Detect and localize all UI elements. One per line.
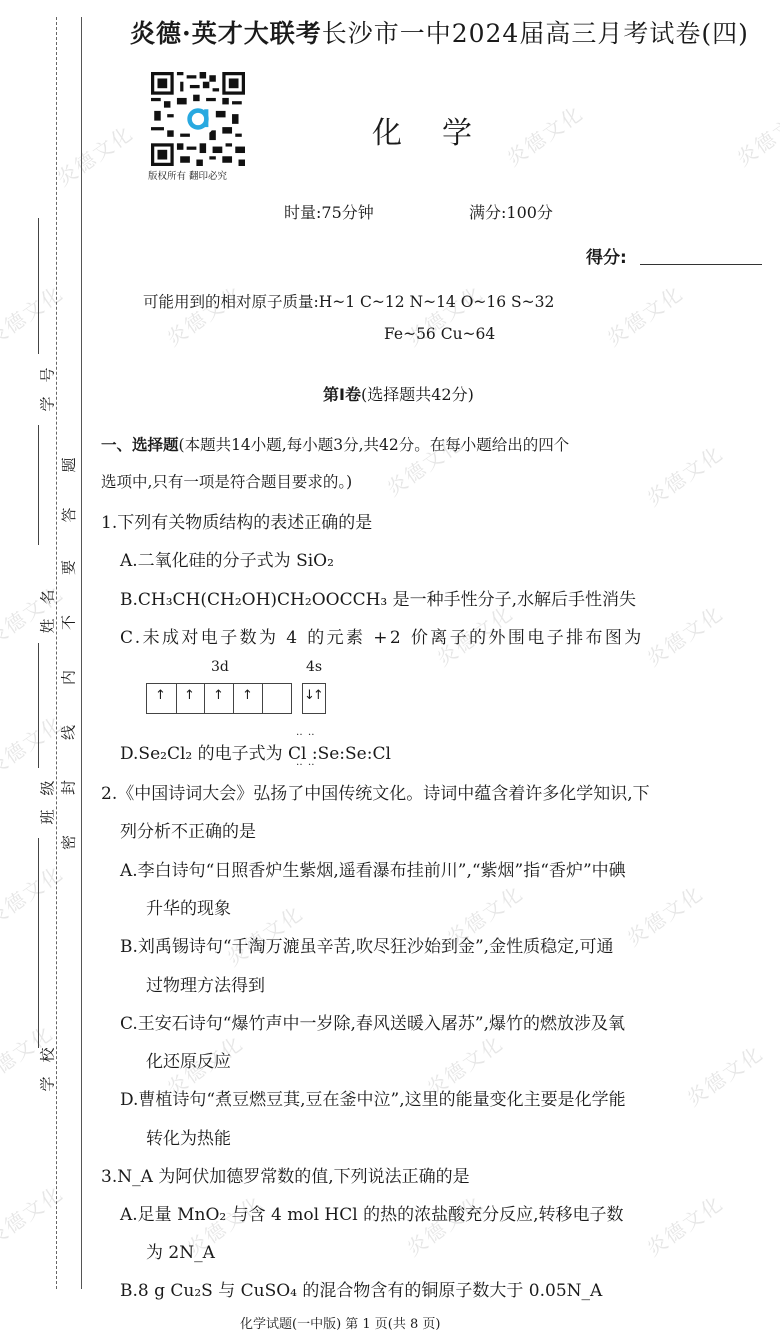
q3-option-b: B.8 g Cu₂S 与 CuSO₄ 的混合物含有的铜原子数大于 0.05N_A xyxy=(120,1276,602,1301)
lone-pair-dots-top: ‥ ‥ xyxy=(296,727,316,738)
student-id-label: 学号 xyxy=(37,353,58,411)
q1-option-b: B.CH₃CH(CH₂OH)CH₂OOCCH₃ 是一种手性分子,水解后手性消失 xyxy=(120,585,636,610)
school-label: 学校 xyxy=(37,1033,58,1091)
watermark: 炎德文化 xyxy=(640,597,729,671)
part-title-rest: (选择题共42分) xyxy=(361,385,474,404)
spin-up-arrow-icon: ↑ xyxy=(242,688,253,703)
watermark: 炎德文化 xyxy=(730,97,780,171)
q2-option-d-line-2: 转化为热能 xyxy=(146,1124,231,1149)
q2-stem-line-1: 2.《中国诗词大会》弘扬了中国传统文化。诗词中蕴含着许多化学知识,下 xyxy=(101,779,650,804)
q2-option-a-line-2: 升华的现象 xyxy=(146,894,231,919)
qr-code-icon xyxy=(151,72,245,166)
watermark: 炎德文化 xyxy=(500,97,589,171)
seal-dotted-line xyxy=(56,17,57,1289)
atomic-mass-line-2: Fe~56 Cu~64 xyxy=(384,325,495,343)
watermark: 炎德文化 xyxy=(0,277,68,351)
part-title-bold: 第Ⅰ卷 xyxy=(323,385,361,404)
full-score: 满分:100分 xyxy=(469,200,553,223)
instructions-line-2: 选项中,只有一项是符合题目要求的。) xyxy=(101,470,352,492)
q2-option-c-line-2: 化还原反应 xyxy=(146,1047,231,1072)
spin-up-arrow-icon: ↑ xyxy=(155,688,166,703)
binding-solid-line xyxy=(81,17,82,1289)
q2-option-a-line-1: A.李白诗句“日照香炉生紫烟,遥看瀑布挂前川”,“紫烟”指“香炉”中碘 xyxy=(120,856,626,881)
watermark: 炎德文化 xyxy=(160,277,249,351)
watermark: 炎德文化 xyxy=(620,877,709,951)
name-line-lower xyxy=(38,643,39,768)
exam-name: 长沙市一中2024届高三月考试卷(四) xyxy=(322,19,749,48)
q2-option-b-line-1: B.刘禹锡诗句“千淘万漉虽辛苦,吹尽狂沙始到金”,金性质稳定,可通 xyxy=(120,932,614,957)
exam-title: 炎德·英才大联考长沙市一中2024届高三月考试卷(四) xyxy=(130,14,770,50)
q2-option-c-line-1: C.王安石诗句“爆竹声中一岁除,春风送暖入屠苏”,爆竹的燃放涉及氧 xyxy=(120,1009,625,1034)
time-limit: 时量:75分钟 xyxy=(284,200,374,223)
spin-pair-arrows-icon: ↓↑ xyxy=(304,688,322,703)
q1-option-a: A.二氧化硅的分子式为 SiO₂ xyxy=(120,546,334,571)
q1-stem: 1.下列有关物质结构的表述正确的是 xyxy=(101,508,372,533)
q2-option-b-line-2: 过物理方法得到 xyxy=(146,971,265,996)
class-line xyxy=(38,838,39,1048)
exam-brand: 炎德·英才大联考 xyxy=(130,19,322,48)
q2-option-d-line-1: D.曹植诗句“煮豆燃豆萁,豆在釜中泣”,这里的能量变化主要是化学能 xyxy=(120,1085,626,1110)
orbital-box xyxy=(262,683,292,714)
lone-pair-dots-bottom: ‥ ‥ xyxy=(296,757,316,768)
spin-up-arrow-icon: ↑ xyxy=(184,688,195,703)
watermark: 炎德文化 xyxy=(640,1187,729,1261)
watermark: 炎德文化 xyxy=(680,1037,769,1111)
name-line-upper xyxy=(38,425,39,545)
spin-up-arrow-icon: ↑ xyxy=(213,688,224,703)
page-footer: 化学试题(一中版) 第 1 页(共 8 页) xyxy=(240,1313,441,1332)
atomic-mass-line-1: 可能用到的相对原子质量:H~1 C~12 N~14 O~16 S~32 xyxy=(143,290,554,312)
q2-stem-line-2: 列分析不正确的是 xyxy=(120,817,256,842)
part-title: 第Ⅰ卷(选择题共42分) xyxy=(323,382,474,405)
student-id-line xyxy=(38,218,39,354)
watermark: 炎德文化 xyxy=(600,277,689,351)
seal-notice: 题 答 要 不 内 线 封 密 xyxy=(58,440,80,870)
watermark: 炎德文化 xyxy=(50,117,139,191)
q3-option-a-line-2: 为 2N_A xyxy=(146,1238,215,1263)
section-heading: 一、选择题 xyxy=(101,436,179,454)
q1-option-c: C.未成对电子数为 4 的元素 +2 价离子的外围电子排布图为 xyxy=(120,623,644,648)
score-label: 得分: xyxy=(586,243,627,268)
q3-option-a-line-1: A.足量 MnO₂ 与含 4 mol HCl 的热的浓盐酸充分反应,转移电子数 xyxy=(120,1200,624,1225)
orbital-3d-label: 3d xyxy=(211,659,229,675)
watermark: 炎德文化 xyxy=(0,1177,68,1251)
qr-caption: 版权所有 翻印必究 xyxy=(148,168,227,182)
instructions-line-1: 一、选择题(本题共14小题,每小题3分,共42分。在每小题给出的四个 xyxy=(101,433,569,455)
subject-title: 化学 xyxy=(372,108,512,152)
q1-option-d: D.Se₂Cl₂ 的电子式为 Cl :Se:Se:Cl xyxy=(120,739,391,764)
orbital-4s-label: 4s xyxy=(306,659,322,675)
score-field[interactable] xyxy=(640,264,762,265)
watermark: 炎德文化 xyxy=(640,437,729,511)
q3-stem: 3.N_A 为阿伏加德罗常数的值,下列说法正确的是 xyxy=(101,1162,470,1187)
